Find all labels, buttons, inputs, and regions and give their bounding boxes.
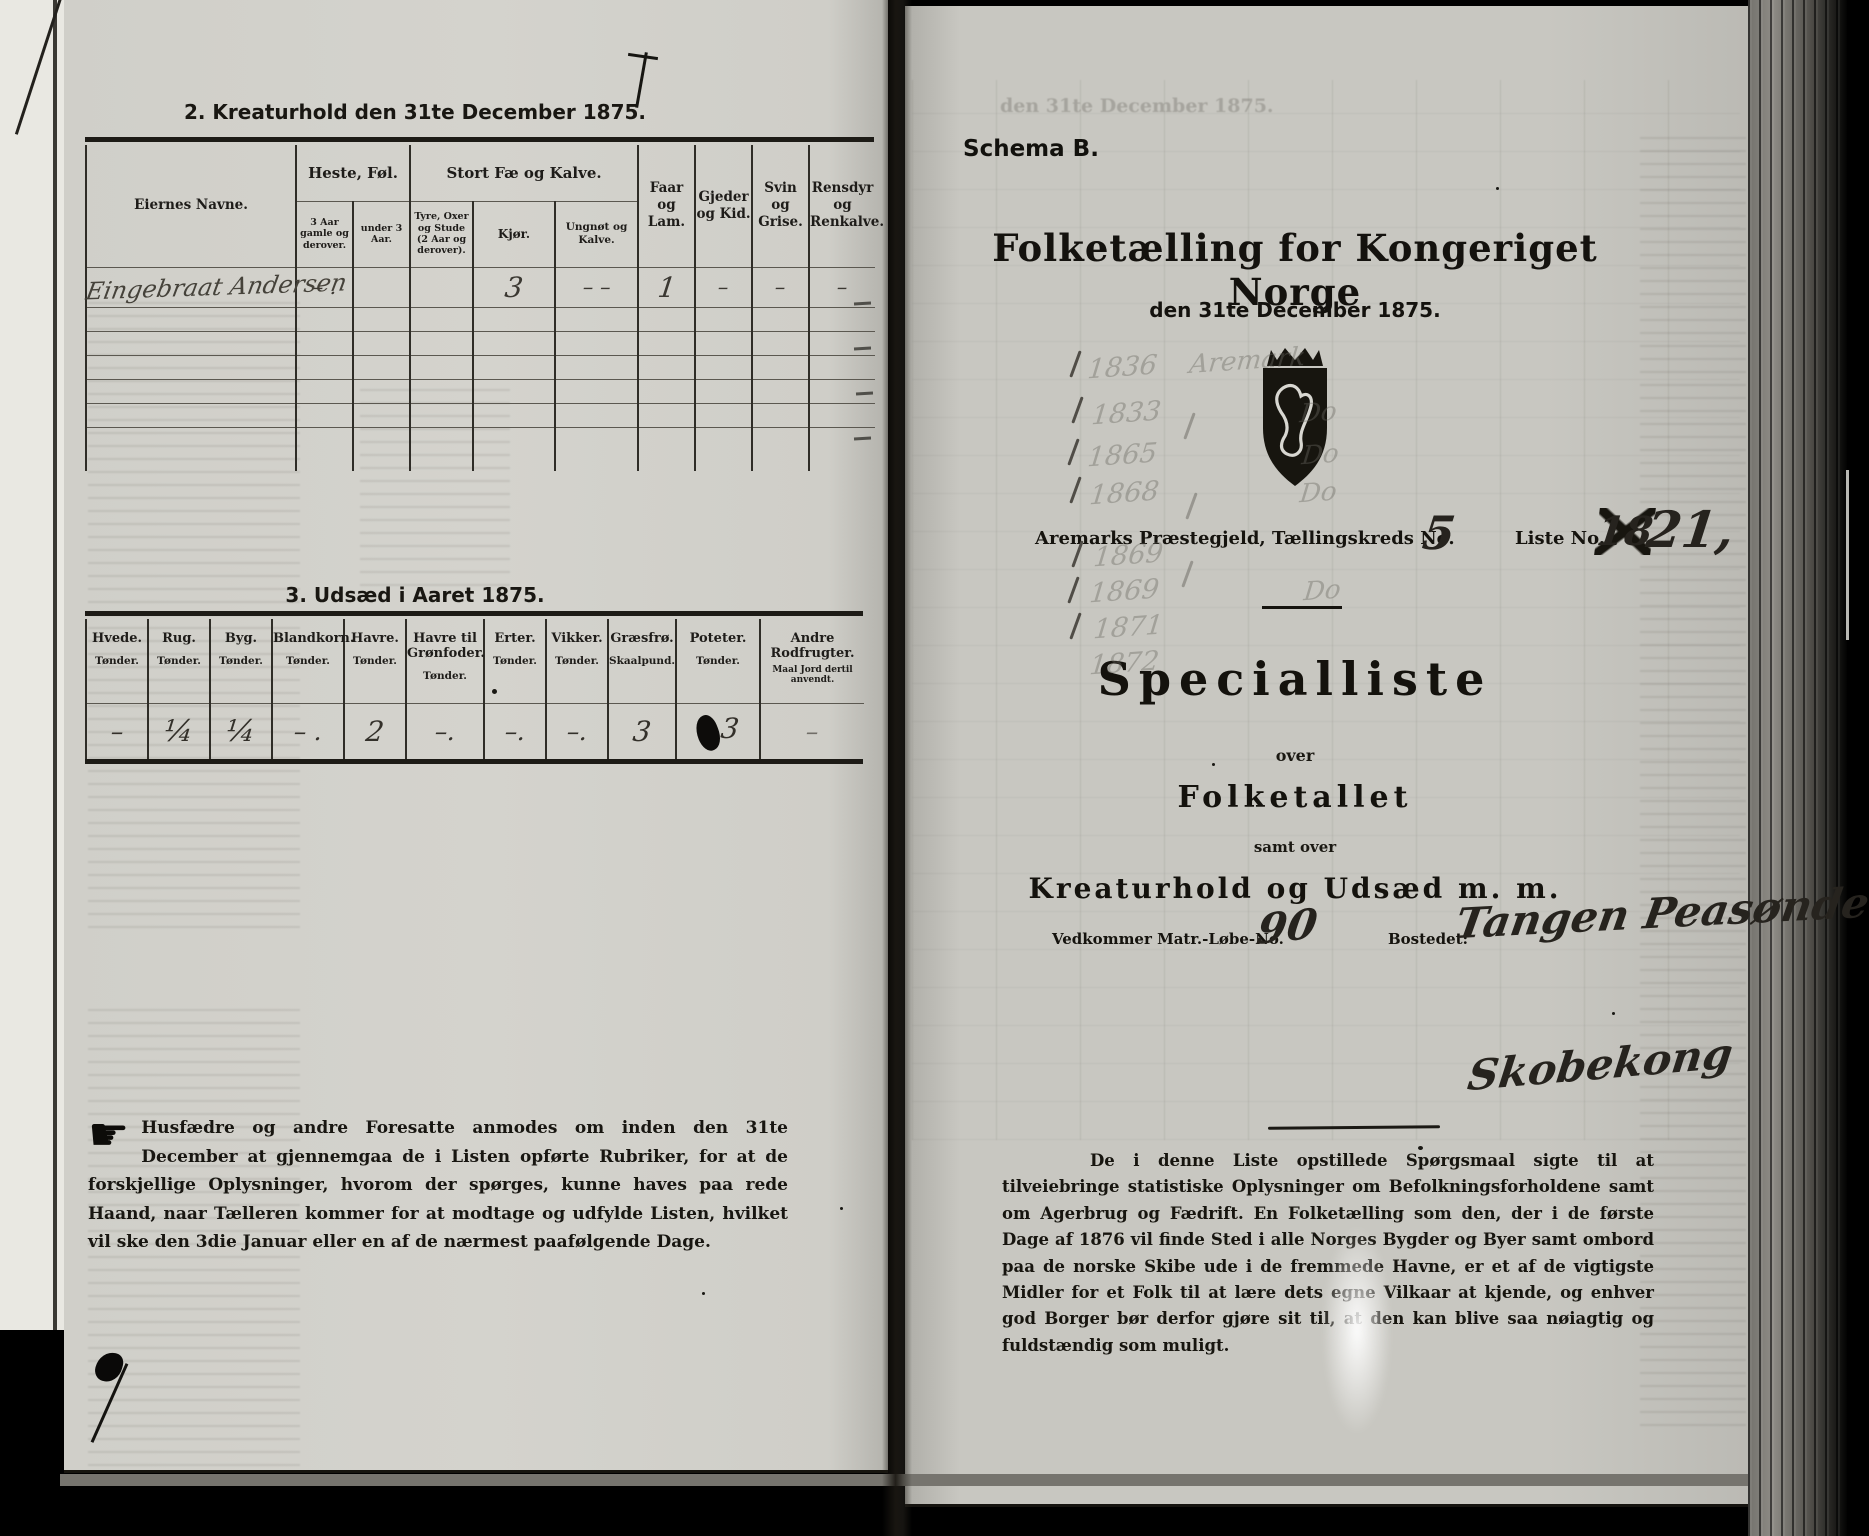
- sowing-value: – .: [292, 717, 324, 746]
- dust-speck: [1612, 1012, 1615, 1015]
- col-grass-seed: Græsfrø.: [609, 632, 675, 647]
- sowing-value: ¼: [162, 714, 195, 749]
- col-bulls-oxen: Tyre, Oxer og Stude (2 Aar og derover).: [410, 201, 473, 267]
- sowing-value: –.: [433, 717, 457, 746]
- col-oats-fodder: Havre til Grønfoder.: [407, 632, 483, 662]
- col-unit: Tønder.: [407, 670, 483, 682]
- table-bottom-rule: [85, 759, 863, 764]
- sowing-value: –: [804, 717, 820, 746]
- col-vetches: Vikker.: [547, 632, 607, 647]
- col-unit: Tønder.: [485, 655, 545, 667]
- cadastre-label: Vedkommer Matr.-Løbe-No.: [1052, 930, 1284, 948]
- col-unit: Tønder.: [211, 655, 271, 667]
- col-unit: Tønder.: [87, 655, 147, 667]
- bleed-year: 1868: [1088, 476, 1161, 512]
- cadastre-number-handwritten: 90: [1254, 899, 1321, 954]
- bleed-year: 1872: [1088, 646, 1161, 682]
- title-over: over: [1000, 746, 1590, 765]
- scan-left-edge-line: [53, 0, 57, 1330]
- sowing-value: –.: [503, 717, 527, 746]
- col-owner: Eiernes Navne.: [86, 145, 296, 267]
- livestock-value: –: [836, 275, 849, 299]
- col-unit: Maal Jord dertil anvendt.: [761, 666, 864, 686]
- col-unit: Tønder.: [345, 655, 405, 667]
- bleed-ditto: Do: [1298, 397, 1338, 429]
- col-root-crops: Andre Rodfrugter.: [761, 632, 864, 662]
- col-unit: Tønder.: [677, 655, 759, 667]
- col-oats: Havre.: [345, 632, 405, 647]
- bleed-year: 1865: [1086, 438, 1159, 474]
- bleed-year: 1833: [1090, 396, 1163, 432]
- col-unit: Skaalpund.: [609, 655, 675, 667]
- livestock-table-title: 2. Kreaturhold den 31te December 1875.: [85, 100, 745, 124]
- livestock-value: –: [774, 275, 787, 299]
- col-goats: Gjeder og Kid.: [695, 145, 752, 267]
- col-group-cattle: Stort Fæ og Kalve.: [410, 145, 638, 201]
- sowing-value: 3: [631, 715, 653, 748]
- table-row: [86, 355, 875, 379]
- table-row: [86, 427, 875, 471]
- bleed-ditto: Do: [1302, 575, 1342, 607]
- dust-speck: [1122, 942, 1124, 944]
- schema-label: Schema B.: [963, 136, 1099, 162]
- dust-speck: [1212, 763, 1215, 766]
- title-samt-over: samt over: [1000, 838, 1590, 856]
- sowing-value: –: [109, 717, 125, 746]
- bleed-year: 1869: [1092, 538, 1165, 574]
- sowing-value: ¼: [224, 714, 257, 749]
- sowing-value: 3: [719, 712, 741, 745]
- bleed-year: 1871: [1092, 610, 1165, 646]
- footnote: ☛Husfædre og andre Foresatte anmodes om …: [88, 1114, 788, 1257]
- col-barley: Byg.: [211, 632, 271, 647]
- census-district-number-handwritten: 5: [1420, 506, 1459, 560]
- col-potatoes: Poteter.: [677, 632, 759, 647]
- table-top-rule: [85, 137, 874, 142]
- bleedthrough-date-text: den 31te December 1875.: [1000, 95, 1460, 117]
- dust-speck: [1418, 1146, 1423, 1150]
- table-top-rule: [85, 611, 863, 616]
- col-sheep: Faar og Lam.: [638, 145, 695, 267]
- sowing-table-title: 3. Udsæd i Aaret 1875.: [85, 583, 745, 607]
- dust-speck: [702, 1292, 705, 1295]
- census-sub-title: den 31te December 1875.: [950, 298, 1640, 322]
- table-row: [86, 331, 875, 355]
- col-horses-young: under 3 Aar.: [353, 201, 410, 267]
- book-gutter: [882, 0, 912, 1536]
- sowing-value: –.: [565, 717, 589, 746]
- livestock-value: – .: [311, 275, 338, 299]
- page-stack-lines: [1748, 0, 1848, 1536]
- dust-speck: [1496, 187, 1499, 190]
- livestock-value: –: [717, 275, 730, 299]
- livestock-value: 3: [503, 271, 525, 304]
- table-row: [86, 307, 875, 331]
- title-population: Folketallet: [1000, 780, 1590, 815]
- col-mixed-grain: Blandkorn.: [273, 632, 343, 647]
- col-wheat: Hvede.: [87, 632, 147, 647]
- col-unit: Tønder.: [149, 655, 209, 667]
- bleed-ditto: Do: [1300, 439, 1340, 471]
- footnote-text: Husfædre og andre Foresatte anmodes om i…: [88, 1118, 788, 1252]
- col-cows: Kjør.: [473, 201, 555, 267]
- col-unit: Tønder.: [273, 655, 343, 667]
- pointing-hand-icon: ☛: [88, 1116, 129, 1153]
- table-row: – ¼ ¼ – . 2 –. –. –. 3 3 –: [86, 703, 864, 759]
- col-horses-old: 3 Aar gamle og derover.: [296, 201, 353, 267]
- col-group-horses: Heste, Føl.: [296, 145, 410, 201]
- livestock-value: – –: [581, 275, 612, 299]
- table-row: [86, 379, 875, 403]
- bleed-year: 1869: [1088, 574, 1161, 610]
- bleed-ditto: Do: [1298, 477, 1338, 509]
- bleed-year: 1836: [1086, 350, 1159, 386]
- page-edge-sliver: [1846, 470, 1849, 640]
- col-rye: Rug.: [149, 632, 209, 647]
- list-number-handwritten: 21,: [1643, 500, 1737, 559]
- table-row: [86, 403, 875, 427]
- sowing-value: 2: [364, 715, 386, 748]
- col-pigs: Svin og Grise.: [752, 145, 809, 267]
- list-number-label: Liste No.: [1515, 528, 1605, 549]
- scan-white-blotch: [1322, 1225, 1392, 1435]
- col-unit: Tønder.: [547, 655, 607, 667]
- col-calves: Ungnøt og Kalve.: [555, 201, 638, 267]
- scanned-census-document: 2. Kreaturhold den 31te December 1875. E…: [0, 0, 1869, 1536]
- sowing-table: Hvede.Tønder. Rug.Tønder. Byg.Tønder. Bl…: [85, 619, 864, 759]
- col-peas: Erter.: [485, 632, 545, 647]
- livestock-value: 1: [656, 271, 678, 304]
- dust-speck: [840, 1207, 843, 1210]
- table-row: Eingebraat Andersen – . 3 – – 1 – – –: [86, 267, 875, 307]
- col-reindeer: Rensdyr og Renkalve.: [809, 145, 875, 267]
- dust-speck: [492, 689, 497, 694]
- livestock-table: Eiernes Navne. Heste, Føl. Stort Fæ og K…: [85, 145, 875, 471]
